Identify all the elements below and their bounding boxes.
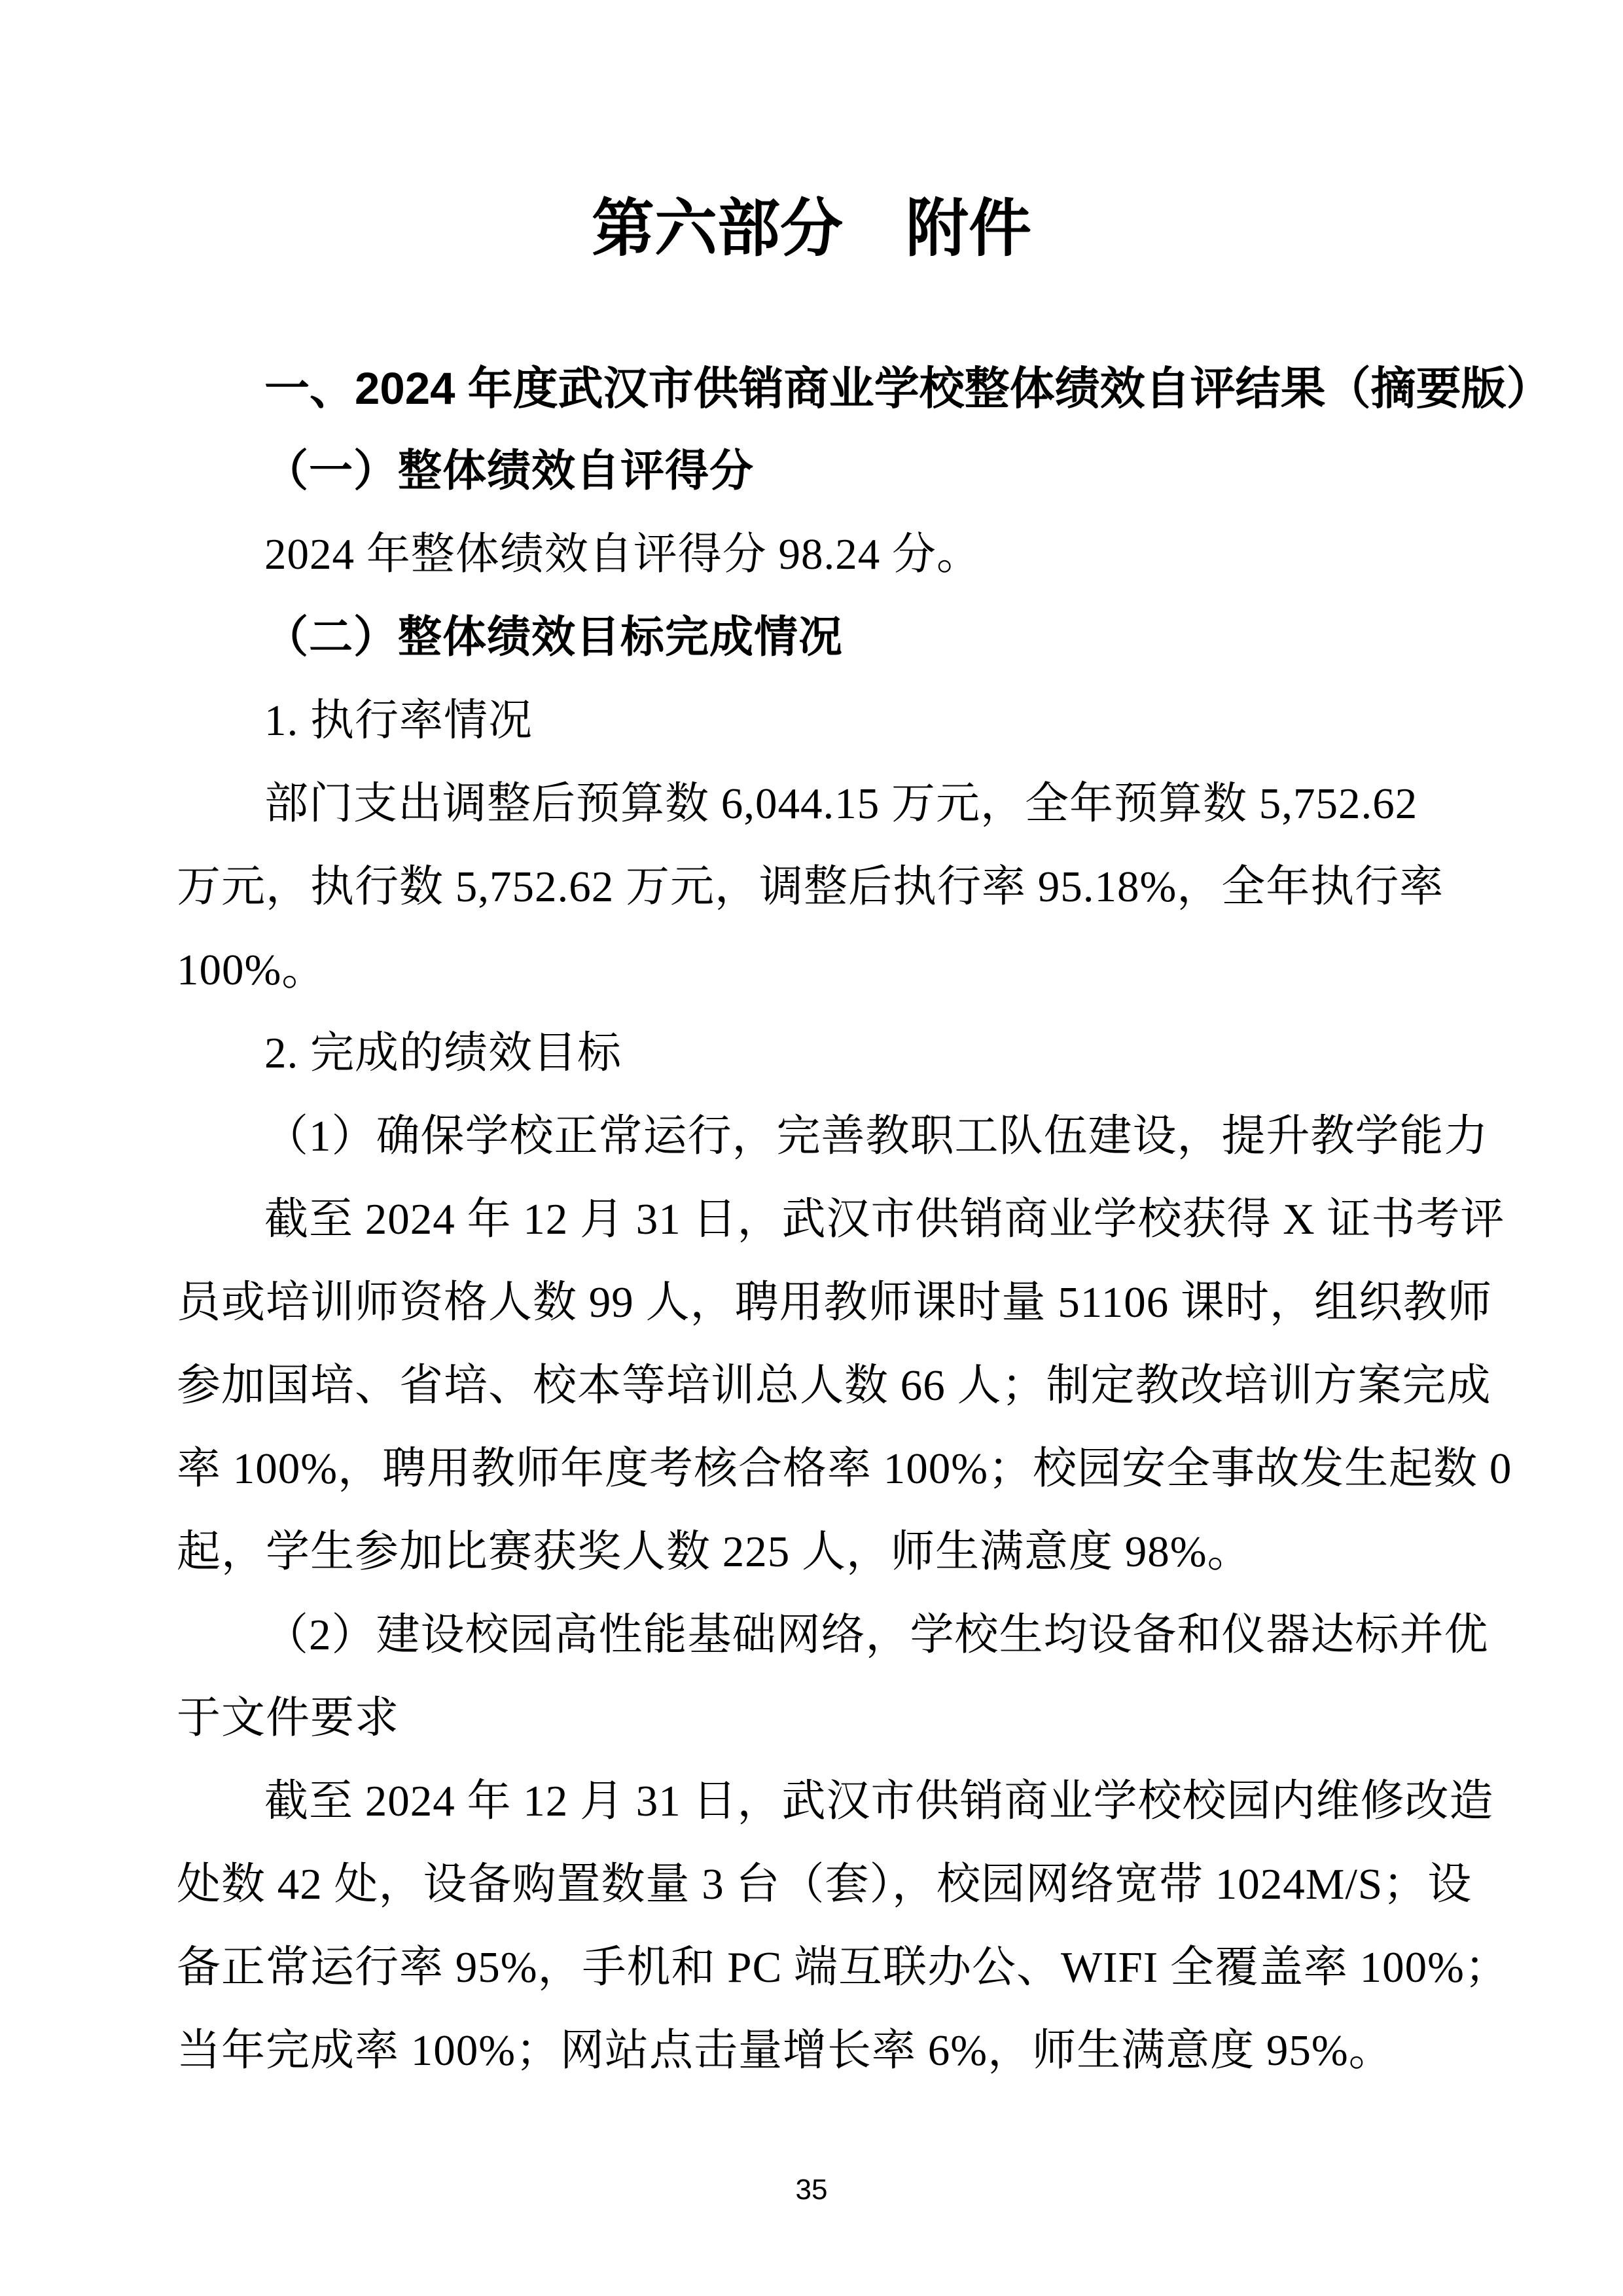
page-footer: 35	[0, 2172, 1623, 2208]
text-line: 部门支出调整后预算数 6,044.15 万元，全年预算数 5,752.62	[177, 762, 1446, 846]
text-line: 100%。	[177, 929, 1446, 1012]
text-line: 处数 42 处，设备购置数量 3 台（套），校园网络宽带 1024M/S；设	[177, 1843, 1446, 1926]
text-line: 率 100%，聘用教师年度考核合格率 100%；校园安全事故发生起数 0	[177, 1427, 1446, 1511]
paragraph-body: 截至 2024 年 12 月 31 日，武汉市供销商业学校获得 X 证书考评员或…	[177, 1178, 1446, 1594]
paragraph-body: 部门支出调整后预算数 6,044.15 万元，全年预算数 5,752.62万元，…	[177, 762, 1446, 1012]
text-line: 截至 2024 年 12 月 31 日，武汉市供销商业学校校园内维修改造	[177, 1760, 1446, 1843]
document-page: 第六部分 附件 一、2024 年度武汉市供销商业学校整体绩效自评结果（摘要版）（…	[0, 0, 1623, 2296]
text-line: 员或培训师资格人数 99 人，聘用教师课时量 51106 课时，组织教师	[177, 1261, 1446, 1344]
text-line: 当年完成率 100%；网站点击量增长率 6%，师生满意度 95%。	[177, 2009, 1446, 2092]
document-body: 一、2024 年度武汉市供销商业学校整体绩效自评结果（摘要版）（一）整体绩效自评…	[177, 347, 1446, 2092]
text-line: 备正常运行率 95%，手机和 PC 端互联办公、WIFI 全覆盖率 100%；	[177, 1926, 1446, 2009]
text-line: 2024 年整体绩效自评得分 98.24 分。	[177, 513, 1446, 596]
text-line: 万元，执行数 5,752.62 万元，调整后执行率 95.18%，全年执行率	[177, 846, 1446, 929]
text-line: 截至 2024 年 12 月 31 日，武汉市供销商业学校获得 X 证书考评	[177, 1178, 1446, 1261]
text-line: 参加国培、省培、校本等培训总人数 66 人；制定教改培训方案完成	[177, 1344, 1446, 1427]
paragraph-body: （2）建设校园高性能基础网络，学校生均设备和仪器达标并优于文件要求	[177, 1594, 1446, 1760]
document-title: 第六部分 附件	[0, 0, 1623, 262]
paragraph-body: （1）确保学校正常运行，完善教职工队伍建设，提升教学能力	[177, 1095, 1446, 1178]
text-line: 2. 完成的绩效目标	[177, 1012, 1446, 1095]
text-line: 起，学生参加比赛获奖人数 225 人，师生满意度 98%。	[177, 1511, 1446, 1594]
paragraph-body: 1. 执行率情况	[177, 679, 1446, 762]
text-line: （1）确保学校正常运行，完善教职工队伍建设，提升教学能力	[177, 1095, 1446, 1178]
paragraph-heading2: （一）整体绩效自评得分	[177, 430, 1446, 513]
paragraph-body: 2. 完成的绩效目标	[177, 1012, 1446, 1095]
text-line: （2）建设校园高性能基础网络，学校生均设备和仪器达标并优	[177, 1594, 1446, 1677]
text-line: 于文件要求	[177, 1677, 1446, 1760]
paragraph-heading2: （二）整体绩效目标完成情况	[177, 596, 1446, 679]
text-line: （二）整体绩效目标完成情况	[177, 596, 1446, 679]
text-line: 1. 执行率情况	[177, 679, 1446, 762]
paragraph-body: 2024 年整体绩效自评得分 98.24 分。	[177, 513, 1446, 596]
text-line: 一、2024 年度武汉市供销商业学校整体绩效自评结果（摘要版）	[177, 347, 1446, 430]
paragraph-body: 截至 2024 年 12 月 31 日，武汉市供销商业学校校园内维修改造处数 4…	[177, 1760, 1446, 2092]
page-number: 35	[796, 2174, 828, 2206]
paragraph-heading1: 一、2024 年度武汉市供销商业学校整体绩效自评结果（摘要版）	[177, 347, 1446, 430]
text-line: （一）整体绩效自评得分	[177, 430, 1446, 513]
